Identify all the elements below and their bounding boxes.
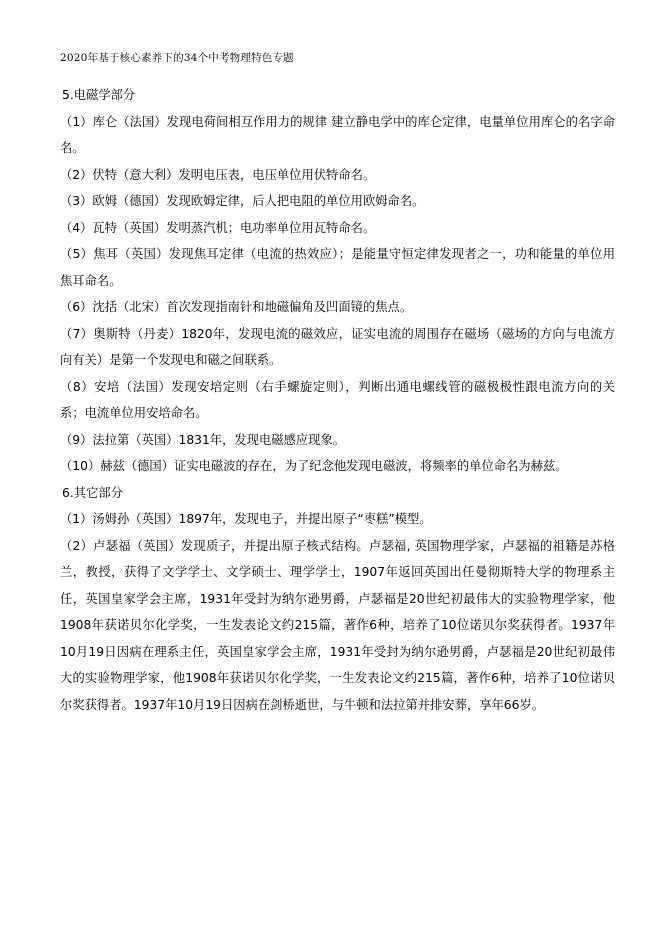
list-item: （1）汤姆孙（英国）1897年，发现电子，并提出原子“枣糕”模型。: [60, 506, 615, 533]
list-item: （2）卢瑟福（英国）发现质子，并提出原子核式结构。卢瑟福, 英国物理学家，卢瑟福…: [60, 533, 615, 719]
list-item: （5）焦耳（英国）发现焦耳定律（电流的热效应）；是能量守恒定律发现者之一，功和能…: [60, 241, 615, 294]
document-body: 5.电磁学部分 （1）库仑（法国）发现电荷间相互作用力的规律 建立静电学中的库仑…: [60, 82, 615, 718]
list-item: （6）沈括（北宋）首次发现指南针和地磁偏角及凹面镜的焦点。: [60, 294, 615, 321]
list-item: （7）奥斯特（丹麦）1820年，发现电流的磁效应，证实电流的周围存在磁场（磁场的…: [60, 321, 615, 374]
section-title-other: 6.其它部分: [60, 480, 615, 507]
document-header: 2020年基于核心素养下的34个中考物理特色专题: [60, 50, 294, 65]
list-item: （9）法拉第（英国）1831年，发现电磁感应现象。: [60, 427, 615, 454]
list-item: （2）伏特（意大利）发明电压表，电压单位用伏特命名。: [60, 162, 615, 189]
list-item: （10）赫兹（德国）证实电磁波的存在，为了纪念他发现电磁波，将频率的单位命名为赫…: [60, 453, 615, 480]
list-item: （8）安培（法国）发现安培定则（右手螺旋定则），判断出通电螺线管的磁极极性跟电流…: [60, 374, 615, 427]
list-item: （3）欧姆（德国）发现欧姆定律，后人把电阻的单位用欧姆命名。: [60, 188, 615, 215]
list-item: （1）库仑（法国）发现电荷间相互作用力的规律 建立静电学中的库仑定律，电量单位用…: [60, 109, 615, 162]
section-title-electromagnetism: 5.电磁学部分: [60, 82, 615, 109]
list-item: （4）瓦特（英国）发明蒸汽机；电功率单位用瓦特命名。: [60, 215, 615, 242]
